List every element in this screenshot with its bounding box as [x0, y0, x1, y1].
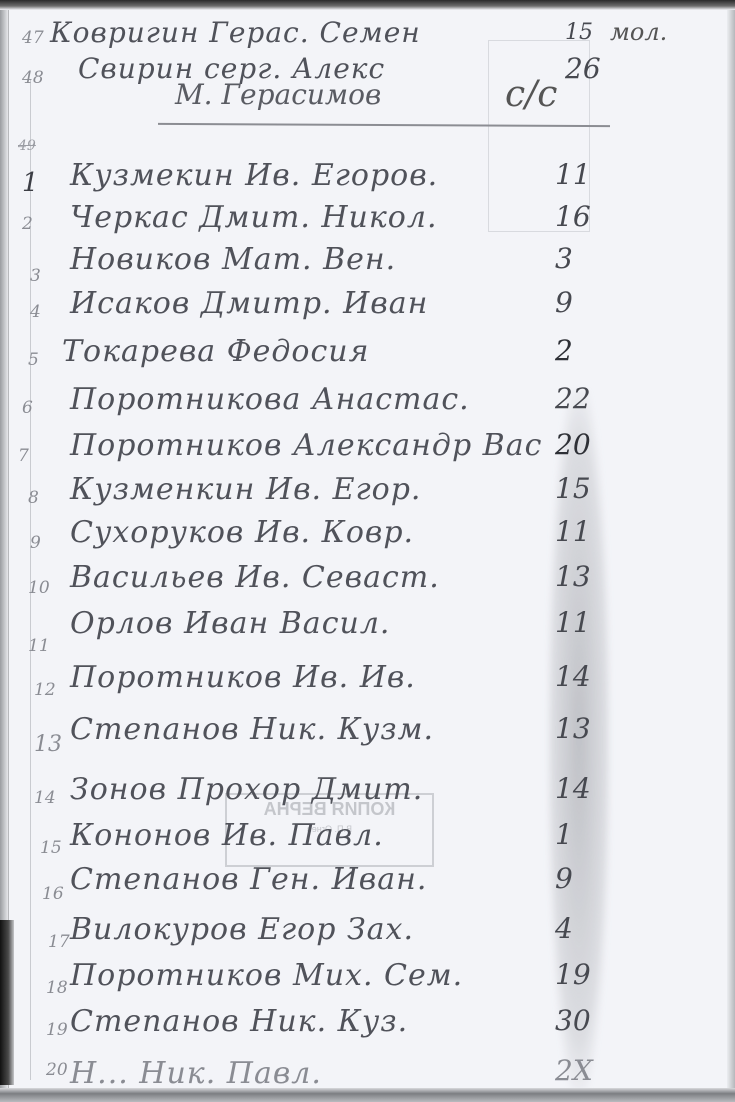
- row-name: Поротников Мих. Сем.: [70, 958, 463, 993]
- row-name: Новиков Мат. Вен.: [70, 242, 396, 277]
- row-number: 1: [22, 168, 39, 198]
- row-number: 2: [22, 214, 33, 234]
- row-number: 47: [22, 28, 44, 48]
- list-row: 11 Орлов Иван Васил. 11: [0, 606, 735, 646]
- list-row: 20 Н... Ник. Павл. 2Х: [0, 1050, 735, 1086]
- list-row: 7 Поротников Александр Вас 20: [0, 428, 735, 468]
- list-row: 19 Степанов Ник. Куз. 30: [0, 1004, 735, 1044]
- page-bottom-edge: [0, 1088, 735, 1102]
- row-count: 19: [555, 958, 591, 991]
- row-count: 26: [565, 52, 601, 85]
- list-row: 2 Черкас Дмит. Никол. 16: [0, 200, 735, 240]
- list-row: 9 Сухоруков Ив. Ковр. 11: [0, 515, 735, 555]
- row-count: 15: [565, 20, 593, 45]
- row-number: 19: [46, 1020, 68, 1040]
- row-name: Кузменкин Ив. Егор.: [70, 472, 421, 507]
- row-name: Сухоруков Ив. Ковр.: [70, 515, 414, 550]
- row-count: 11: [555, 606, 591, 639]
- row-count: 11: [555, 158, 591, 191]
- list-row: 13 Степанов Ник. Кузм. 13: [0, 712, 735, 752]
- row-number: 48: [22, 68, 44, 88]
- row-number: 7: [18, 446, 29, 466]
- row-count: 9: [555, 862, 573, 895]
- list-row: 8 Кузменкин Ив. Егор. 15: [0, 472, 735, 512]
- list-row: 5 Токарева Федосия 2: [0, 334, 735, 374]
- row-number: 4: [30, 302, 41, 322]
- list-row: 10 Васильев Ив. Севаст. 13: [0, 560, 735, 600]
- row-name: Черкас Дмит. Никол.: [70, 200, 438, 235]
- row-number: 17: [48, 932, 70, 952]
- row-name: Степанов Ник. Кузм.: [70, 712, 434, 747]
- row-name: Поротникова Анастас.: [70, 382, 470, 417]
- row-note: мол.: [610, 18, 667, 46]
- row-number: 6: [22, 398, 33, 418]
- row-count: 22: [555, 382, 591, 415]
- row-number: 15: [40, 838, 62, 858]
- row-count: 30: [555, 1004, 591, 1037]
- list-row: 6 Поротникова Анастас. 22: [0, 382, 735, 422]
- list-row: 4 Исаков Дмитр. Иван 9: [0, 286, 735, 326]
- row-name: Вилокуров Егор Зах.: [70, 912, 414, 947]
- row-count: 2Х: [555, 1054, 593, 1086]
- signature-mark: с/с: [505, 74, 557, 115]
- crossed-out-number: 49: [18, 138, 36, 154]
- row-number: 13: [34, 732, 62, 757]
- row-count: 4: [555, 912, 573, 945]
- row-count: 14: [555, 772, 591, 805]
- list-row: 15 Кононов Ив. Павл. 1: [0, 818, 735, 858]
- row-count: 3: [555, 242, 573, 275]
- row-name: Кононов Ив. Павл.: [70, 818, 384, 853]
- row-name: Кузмекин Ив. Егоров.: [70, 158, 438, 193]
- row-name: Поротников Александр Вас: [70, 428, 542, 463]
- row-number: 16: [42, 884, 64, 904]
- row-number: 18: [46, 978, 68, 998]
- signature-name: М. Герасимов: [175, 78, 381, 111]
- row-name: Степанов Ген. Иван.: [70, 862, 427, 897]
- row-name: Ковригин Герас. Семен: [50, 16, 421, 49]
- row-number: 10: [28, 578, 50, 598]
- row-number: 12: [34, 680, 56, 700]
- row-name: Поротников Ив. Ив.: [70, 660, 416, 695]
- list-row: 12 Поротников Ив. Ив. 14: [0, 660, 735, 700]
- row-count: 13: [555, 712, 591, 745]
- row-count: 11: [555, 515, 591, 548]
- scanned-page: КОПИЯ ВЕРНА В.П. Огнев 47 Ковригин Герас…: [0, 0, 735, 1102]
- row-name: Степанов Ник. Куз.: [70, 1004, 408, 1039]
- row-name: Зонов Прохор Дмит.: [70, 772, 423, 807]
- row-count: 14: [555, 660, 591, 693]
- row-count: 16: [555, 200, 591, 233]
- row-name: Васильев Ив. Севаст.: [70, 560, 440, 595]
- page-top-edge: [0, 0, 735, 10]
- row-name: Исаков Дмитр. Иван: [70, 286, 428, 321]
- row-number: 8: [28, 488, 39, 508]
- row-number: 20: [46, 1060, 68, 1080]
- row-name: Н... Ник. Павл.: [70, 1056, 322, 1086]
- row-name: Орлов Иван Васил.: [70, 606, 390, 641]
- row-count: 20: [555, 428, 591, 461]
- list-row: 16 Степанов Ген. Иван. 9: [0, 862, 735, 902]
- row-number: 11: [28, 636, 50, 656]
- list-row: 47 Ковригин Герас. Семен 15 мол.: [0, 16, 735, 56]
- row-count: 1: [555, 818, 573, 851]
- row-number: 5: [28, 350, 39, 370]
- list-row: 17 Вилокуров Егор Зах. 4: [0, 912, 735, 952]
- row-name: Токарева Федосия: [62, 334, 369, 369]
- row-number: 14: [34, 788, 56, 808]
- row-number: 3: [30, 266, 41, 286]
- row-count: 2: [555, 334, 573, 367]
- row-count: 15: [555, 472, 591, 505]
- list-row: 1 Кузмекин Ив. Егоров. 11: [0, 158, 735, 198]
- row-number: 9: [30, 533, 41, 553]
- list-row: 18 Поротников Мих. Сем. 19: [0, 958, 735, 998]
- row-count: 13: [555, 560, 591, 593]
- row-count: 9: [555, 286, 573, 319]
- list-row: 14 Зонов Прохор Дмит. 14: [0, 772, 735, 812]
- list-row: 3 Новиков Мат. Вен. 3: [0, 242, 735, 282]
